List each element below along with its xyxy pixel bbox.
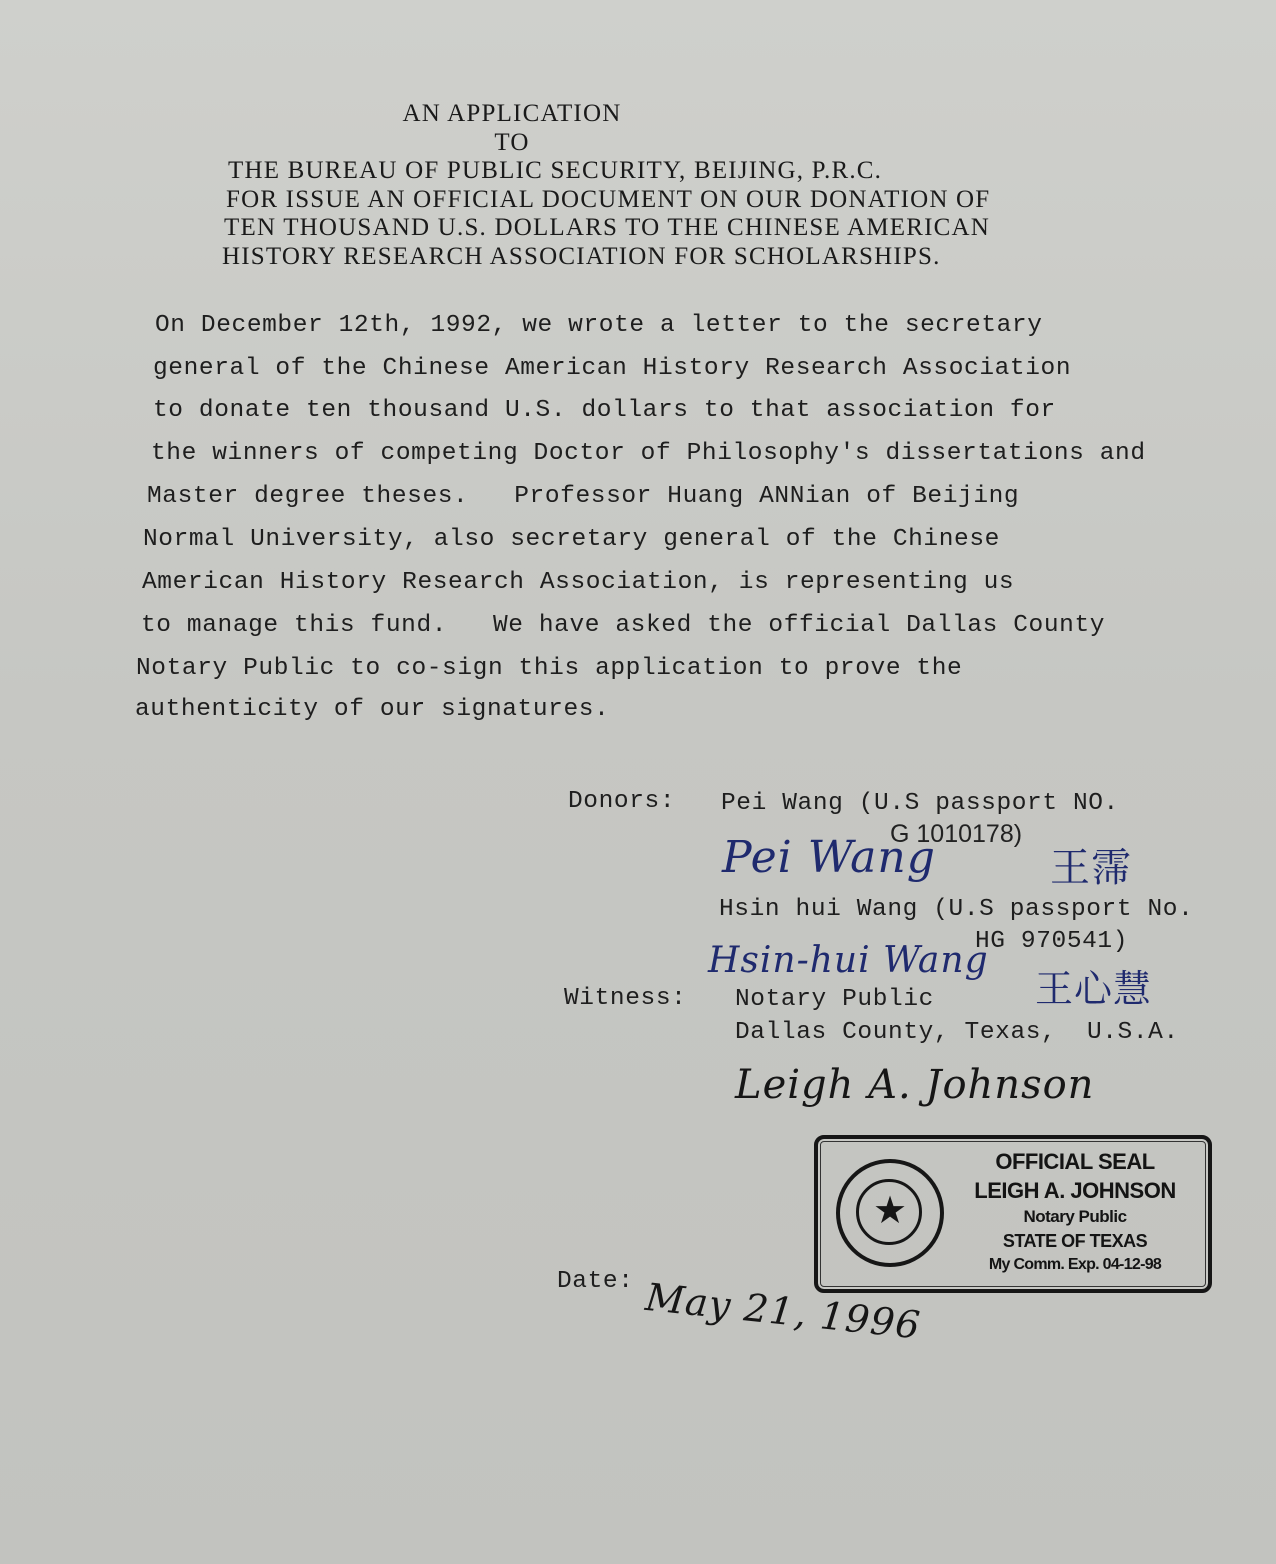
title-line: AN APPLICATION <box>222 100 1042 129</box>
star-icon: ★ <box>840 1190 940 1230</box>
title-line: THE BUREAU OF PUBLIC SECURITY, BEIJING, … <box>222 157 1042 186</box>
body-line: Master degree theses. Professor Huang AN… <box>147 483 1019 510</box>
body-line: On December 12th, 1992, we wrote a lette… <box>155 312 1043 339</box>
seal-line: My Comm. Exp. 04-12-98 <box>948 1253 1202 1277</box>
body-line: the winners of competing Doctor of Philo… <box>151 440 1146 467</box>
witness-line1: Notary Public <box>735 986 934 1013</box>
body-line: Notary Public to co-sign this applicatio… <box>136 655 962 682</box>
title-line: FOR ISSUE AN OFFICIAL DOCUMENT ON OUR DO… <box>222 186 1042 215</box>
title-line: HISTORY RESEARCH ASSOCIATION FOR SCHOLAR… <box>222 243 1042 272</box>
title-line: TEN THOUSAND U.S. DOLLARS TO THE CHINESE… <box>222 214 1042 243</box>
notary-seal: ★ OFFICIAL SEAL LEIGH A. JOHNSON Notary … <box>814 1135 1212 1293</box>
body-line: to donate ten thousand U.S. dollars to t… <box>153 397 1056 424</box>
witness-label: Witness: <box>564 985 686 1012</box>
title-line: TO <box>222 129 1042 158</box>
donor2-passport: HG 970541) <box>975 928 1128 955</box>
body-line: authenticity of our signatures. <box>135 696 609 723</box>
document-title: AN APPLICATION TO THE BUREAU OF PUBLIC S… <box>222 100 1042 271</box>
donors-label: Donors: <box>568 788 675 815</box>
donor2-chinese-signature: 王心慧 <box>1035 958 1152 1013</box>
donor2-name-line: Hsin hui Wang (U.S passport No. <box>719 896 1193 923</box>
seal-line: STATE OF TEXAS <box>948 1229 1202 1253</box>
seal-text: OFFICIAL SEAL LEIGH A. JOHNSON Notary Pu… <box>948 1147 1202 1277</box>
body-line: general of the Chinese American History … <box>153 355 1071 382</box>
donor1-chinese-signature: 王霈 <box>1050 836 1132 893</box>
donor2-signature: Hsin-hui Wang <box>708 940 989 981</box>
document-page: AN APPLICATION TO THE BUREAU OF PUBLIC S… <box>0 0 1276 1564</box>
seal-line: Notary Public <box>948 1205 1202 1229</box>
witness-line2: Dallas County, Texas, U.S.A. <box>735 1019 1179 1046</box>
seal-line: LEIGH A. JOHNSON <box>948 1177 1202 1205</box>
body-line: to manage this fund. We have asked the o… <box>141 612 1105 639</box>
donor1-signature: Pei Wang <box>722 832 936 883</box>
seal-line: OFFICIAL SEAL <box>948 1147 1202 1177</box>
date-label: Date: <box>557 1268 634 1295</box>
witness-signature: Leigh A. Johnson <box>735 1062 1094 1108</box>
body-line: Normal University, also secretary genera… <box>143 526 1000 553</box>
donor1-name-line: Pei Wang (U.S passport NO. <box>721 790 1119 817</box>
seal-emblem: ★ <box>836 1159 944 1267</box>
body-line: American History Research Association, i… <box>142 569 1014 596</box>
